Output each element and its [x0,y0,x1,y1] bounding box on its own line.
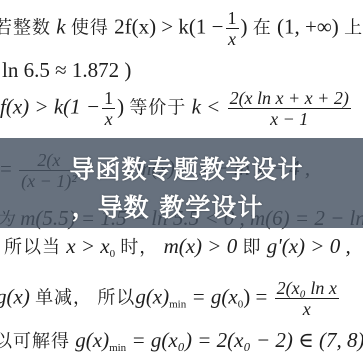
frac-den: x − 1 [228,108,351,129]
text-cn: 等价于 [129,97,186,118]
doc-line-6: 所以当 x > x0 时， m(x) > 0 即 g'(x) > 0 , [4,236,351,260]
doc-line-2: ln 6.5 ≈ 1.872 ) [2,60,131,81]
text-cn: 在 [253,17,272,38]
text-cn: 单减， [35,287,92,308]
text-cn: 上 [344,17,363,38]
equals-g: = g(x [192,284,238,308]
frac-den: x [275,298,339,319]
g-of-x: g(x) [0,284,30,308]
fraction: 1x [226,8,239,49]
g-prime-positive: g'(x) > 0 , [267,234,351,258]
fraction-main: 2(x ln x + x + 2)x − 1 [228,88,351,129]
banner-title-line-2: ，导数 教学设计 [0,188,349,224]
text-cn: 所以当 [4,237,61,258]
text-cn: 以可解得 [0,331,70,352]
frac-den: x [102,108,115,129]
paren: ) [117,94,124,118]
text-cn: 时， [120,237,158,258]
var-k: k [56,14,65,38]
frac-num: 1 [102,88,115,108]
approx-value: ln 6.5 ≈ 1.872 ) [2,58,131,82]
g-min: g(x) [135,284,169,308]
doc-line-7: g(x) 单减， 所以g(x)min = g(x0) = 2(x₀ ln xx [0,278,341,319]
condition: x > x [66,234,109,258]
doc-line-3: f(x) > k(1 −1x) 等价于 k < 2(x ln x + x + 2… [0,88,353,129]
text-cn: 使得 [71,17,109,38]
m-positive: m(x) > 0 [164,234,238,258]
banner-title-line-1: 导函数专题教学设计 [5,150,363,186]
inequality-expr: f(x) > k(1 − [0,94,100,118]
doc-line-1: 若整数 k 使得 2f(x) > k(1 −1x) 在 (1, +∞) 上 [0,8,363,49]
text-cn: 所以 [97,287,135,308]
interval: (1, +∞) [277,14,339,38]
text-cn: 即 [242,237,261,258]
subscript: min [169,298,186,310]
g-min-value: = g(x₀) = 2(x₀ − 2) ∈ (7, 8) [131,328,363,352]
fraction: 1x [102,88,115,129]
equals: ) = [243,284,267,308]
subscript: min [109,342,126,354]
subscript: 0 [110,248,116,260]
k-less-than: k < [192,94,221,118]
doc-line-8: 以可解得 g(x)min = g(x₀) = 2(x₀ − 2) ∈ (7, 8… [0,330,363,354]
text-cn: 若整数 [0,17,51,38]
frac-num: 2(x₀ ln x [275,278,339,298]
g-min: g(x) [75,328,109,352]
frac-num: 1 [226,8,239,28]
frac-den: x [226,28,239,49]
paren: ) [241,14,248,38]
frac-num: 2(x ln x + x + 2) [228,88,351,108]
inequality-expr: 2f(x) > k(1 − [114,14,223,38]
fraction: 2(x₀ ln xx [275,278,339,319]
